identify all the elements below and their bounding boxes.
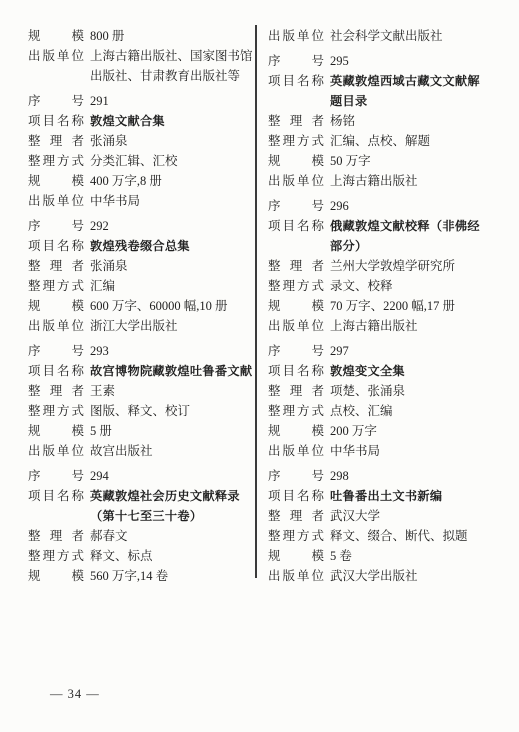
field-value-line: 上海古籍出版社 — [330, 171, 418, 191]
entry-block: 规 模800 册出版单位上海古籍出版社、国家图书馆出版社、甘肃教育出版社等 — [28, 26, 252, 86]
field-value: 录文、校释 — [330, 276, 393, 296]
field-value-line: 张涌泉 — [90, 256, 128, 276]
field-row: 出版单位上海古籍出版社、国家图书馆出版社、甘肃教育出版社等 — [28, 46, 252, 86]
field-label: 序 号 — [28, 216, 84, 236]
field-label: 整理方式 — [28, 546, 84, 566]
field-row: 出版单位上海古籍出版社 — [268, 171, 504, 191]
field-label: 规 模 — [268, 421, 324, 441]
field-row: 出版单位中华书局 — [28, 191, 252, 211]
field-row: 序 号292 — [28, 216, 252, 236]
field-label: 规 模 — [28, 171, 84, 191]
field-value: 王素 — [90, 381, 115, 401]
field-label: 项目名称 — [28, 361, 84, 381]
field-value-line: 吐鲁番出土文书新编 — [330, 486, 442, 506]
field-label: 规 模 — [268, 296, 324, 316]
field-row: 出版单位社会科学文献出版社 — [268, 26, 504, 46]
field-value-line: （第十七至三十卷） — [90, 506, 240, 526]
field-value-line: 800 册 — [90, 26, 124, 46]
field-row: 规 模200 万字 — [268, 421, 504, 441]
field-row: 整 理 者武汉大学 — [268, 506, 504, 526]
field-label: 规 模 — [268, 546, 324, 566]
field-value-line: 5 卷 — [330, 546, 352, 566]
field-label: 整理方式 — [28, 151, 84, 171]
field-value: 俄藏敦煌文献校释（非佛经部分） — [330, 216, 480, 256]
field-label: 序 号 — [28, 341, 84, 361]
field-value: 浙江大学出版社 — [90, 316, 178, 336]
field-label: 规 模 — [268, 151, 324, 171]
field-value: 5 册 — [90, 421, 112, 441]
left-column: 规 模800 册出版单位上海古籍出版社、国家图书馆出版社、甘肃教育出版社等序 号… — [28, 26, 252, 591]
field-value: 释文、标点 — [90, 546, 153, 566]
field-label: 项目名称 — [268, 216, 324, 236]
field-value: 600 万字、60000 幅,10 册 — [90, 296, 228, 316]
field-value-line: 武汉大学出版社 — [330, 566, 418, 586]
field-row: 整 理 者张涌泉 — [28, 256, 252, 276]
field-row: 项目名称敦煌变文全集 — [268, 361, 504, 381]
field-value: 张涌泉 — [90, 256, 128, 276]
field-label: 序 号 — [268, 341, 324, 361]
field-value-line: 英藏敦煌西域古藏文文献解 — [330, 71, 480, 91]
field-value: 郝春文 — [90, 526, 128, 546]
field-label: 出版单位 — [268, 441, 324, 461]
field-label: 项目名称 — [268, 71, 324, 91]
field-row: 整理方式分类汇辑、汇校 — [28, 151, 252, 171]
field-value-line: 上海古籍出版社 — [330, 316, 418, 336]
field-row: 整理方式录文、校释 — [268, 276, 504, 296]
field-value-line: 汇编 — [90, 276, 115, 296]
field-row: 整理方式释文、标点 — [28, 546, 252, 566]
field-row: 项目名称英藏敦煌西域古藏文文献解题目录 — [268, 71, 504, 111]
field-row: 整理方式汇编 — [28, 276, 252, 296]
field-label: 出版单位 — [28, 46, 84, 66]
field-label: 整理方式 — [28, 401, 84, 421]
field-value: 英藏敦煌西域古藏文文献解题目录 — [330, 71, 480, 111]
field-value-line: 汇编、点校、解题 — [330, 131, 430, 151]
field-value-line: 杨铭 — [330, 111, 355, 131]
field-value: 武汉大学出版社 — [330, 566, 418, 586]
field-row: 项目名称吐鲁番出土文书新编 — [268, 486, 504, 506]
field-label: 序 号 — [28, 91, 84, 111]
entry-block: 序 号298项目名称吐鲁番出土文书新编整 理 者武汉大学整理方式释文、缀合、断代… — [268, 466, 504, 586]
field-value-line: 上海古籍出版社、国家图书馆 — [90, 46, 252, 66]
field-row: 出版单位故宫出版社 — [28, 441, 252, 461]
field-value: 70 万字、2200 幅,17 册 — [330, 296, 455, 316]
field-value-line: 出版社、甘肃教育出版社等 — [90, 66, 252, 86]
field-value-line: 292 — [90, 216, 109, 236]
field-row: 出版单位浙江大学出版社 — [28, 316, 252, 336]
field-value-line: 浙江大学出版社 — [90, 316, 178, 336]
field-value: 上海古籍出版社 — [330, 316, 418, 336]
field-value-line: 社会科学文献出版社 — [330, 26, 443, 46]
page-number: — 34 — — [50, 684, 100, 704]
column-divider-rule — [255, 25, 257, 578]
field-label: 项目名称 — [28, 236, 84, 256]
field-label: 出版单位 — [268, 171, 324, 191]
field-row: 出版单位武汉大学出版社 — [268, 566, 504, 586]
field-value-line: 50 万字 — [330, 151, 371, 171]
field-value: 社会科学文献出版社 — [330, 26, 443, 46]
field-value: 291 — [90, 91, 109, 111]
field-value: 中华书局 — [330, 441, 380, 461]
field-value-line: 故宫出版社 — [90, 441, 153, 461]
field-value-line: 5 册 — [90, 421, 112, 441]
field-value-line: 敦煌变文全集 — [330, 361, 405, 381]
field-value: 800 册 — [90, 26, 124, 46]
field-row: 规 模70 万字、2200 幅,17 册 — [268, 296, 504, 316]
field-row: 序 号298 — [268, 466, 504, 486]
field-value: 武汉大学 — [330, 506, 380, 526]
field-label: 规 模 — [28, 566, 84, 586]
field-value-line: 点校、汇编 — [330, 401, 393, 421]
field-row: 整 理 者郝春文 — [28, 526, 252, 546]
field-label: 整 理 者 — [268, 506, 324, 526]
field-value: 297 — [330, 341, 349, 361]
field-row: 整 理 者王素 — [28, 381, 252, 401]
field-row: 整理方式点校、汇编 — [268, 401, 504, 421]
entry-block: 序 号295项目名称英藏敦煌西域古藏文文献解题目录整 理 者杨铭整理方式汇编、点… — [268, 51, 504, 191]
field-row: 整 理 者兰州大学敦煌学研究所 — [268, 256, 504, 276]
field-value-line: 项楚、张涌泉 — [330, 381, 405, 401]
field-value-line: 题目录 — [330, 91, 480, 111]
field-row: 规 模5 卷 — [268, 546, 504, 566]
field-label: 项目名称 — [28, 111, 84, 131]
field-label: 整理方式 — [268, 526, 324, 546]
field-value: 点校、汇编 — [330, 401, 393, 421]
field-row: 整理方式图版、释文、校订 — [28, 401, 252, 421]
field-label: 规 模 — [28, 421, 84, 441]
field-label: 出版单位 — [268, 316, 324, 336]
field-value: 200 万字 — [330, 421, 377, 441]
field-value-line: 293 — [90, 341, 109, 361]
field-value-line: 分类汇辑、汇校 — [90, 151, 178, 171]
field-label: 整 理 者 — [268, 111, 324, 131]
field-row: 项目名称敦煌文献合集 — [28, 111, 252, 131]
field-row: 规 模600 万字、60000 幅,10 册 — [28, 296, 252, 316]
field-value: 295 — [330, 51, 349, 71]
field-row: 整 理 者项楚、张涌泉 — [268, 381, 504, 401]
field-value: 293 — [90, 341, 109, 361]
entry-block: 出版单位社会科学文献出版社 — [268, 26, 504, 46]
field-value-line: 兰州大学敦煌学研究所 — [330, 256, 455, 276]
entry-block: 序 号297项目名称敦煌变文全集整 理 者项楚、张涌泉整理方式点校、汇编规 模2… — [268, 341, 504, 461]
field-value-line: 郝春文 — [90, 526, 128, 546]
field-value-line: 王素 — [90, 381, 115, 401]
field-value: 400 万字,8 册 — [90, 171, 162, 191]
field-row: 序 号295 — [268, 51, 504, 71]
field-value-line: 故宫博物院藏敦煌吐鲁番文献 — [90, 361, 252, 381]
field-row: 出版单位上海古籍出版社 — [268, 316, 504, 336]
field-value-line: 70 万字、2200 幅,17 册 — [330, 296, 455, 316]
field-value: 5 卷 — [330, 546, 352, 566]
field-value-line: 200 万字 — [330, 421, 377, 441]
field-value-line: 291 — [90, 91, 109, 111]
field-value: 汇编 — [90, 276, 115, 296]
field-label: 整理方式 — [28, 276, 84, 296]
field-label: 出版单位 — [28, 191, 84, 211]
entry-block: 序 号293项目名称故宫博物院藏敦煌吐鲁番文献整 理 者王素整理方式图版、释文、… — [28, 341, 252, 461]
field-label: 整 理 者 — [268, 381, 324, 401]
field-value-line: 敦煌文献合集 — [90, 111, 165, 131]
field-value: 释文、缀合、断代、拟题 — [330, 526, 468, 546]
field-row: 序 号296 — [268, 196, 504, 216]
field-value-line: 296 — [330, 196, 349, 216]
field-label: 整理方式 — [268, 276, 324, 296]
field-label: 项目名称 — [268, 361, 324, 381]
field-value-line: 释文、标点 — [90, 546, 153, 566]
field-value-line: 中华书局 — [330, 441, 380, 461]
field-value: 杨铭 — [330, 111, 355, 131]
field-value-line: 武汉大学 — [330, 506, 380, 526]
field-label: 项目名称 — [28, 486, 84, 506]
field-value: 中华书局 — [90, 191, 140, 211]
field-value-line: 敦煌残卷缀合总集 — [90, 236, 190, 256]
field-label: 整 理 者 — [28, 381, 84, 401]
field-label: 序 号 — [268, 196, 324, 216]
field-label: 出版单位 — [268, 566, 324, 586]
field-value: 上海古籍出版社 — [330, 171, 418, 191]
field-value: 敦煌变文全集 — [330, 361, 405, 381]
field-row: 规 模50 万字 — [268, 151, 504, 171]
field-row: 整 理 者杨铭 — [268, 111, 504, 131]
field-value: 故宫出版社 — [90, 441, 153, 461]
field-value-line: 部分） — [330, 236, 480, 256]
field-label: 规 模 — [28, 26, 84, 46]
field-row: 规 模800 册 — [28, 26, 252, 46]
field-value-line: 俄藏敦煌文献校释（非佛经 — [330, 216, 480, 236]
field-row: 项目名称俄藏敦煌文献校释（非佛经部分） — [268, 216, 504, 256]
field-value: 298 — [330, 466, 349, 486]
book-page: 规 模800 册出版单位上海古籍出版社、国家图书馆出版社、甘肃教育出版社等序 号… — [0, 0, 519, 732]
field-value: 英藏敦煌社会历史文献释录（第十七至三十卷） — [90, 486, 240, 526]
field-value: 560 万字,14 卷 — [90, 566, 168, 586]
field-label: 整 理 者 — [28, 526, 84, 546]
field-row: 整理方式汇编、点校、解题 — [268, 131, 504, 151]
field-value: 上海古籍出版社、国家图书馆出版社、甘肃教育出版社等 — [90, 46, 252, 86]
field-value-line: 560 万字,14 卷 — [90, 566, 168, 586]
field-value: 张涌泉 — [90, 131, 128, 151]
field-label: 序 号 — [268, 51, 324, 71]
field-label: 出版单位 — [28, 316, 84, 336]
field-row: 序 号291 — [28, 91, 252, 111]
field-row: 序 号297 — [268, 341, 504, 361]
field-row: 项目名称英藏敦煌社会历史文献释录（第十七至三十卷） — [28, 486, 252, 526]
field-value-line: 图版、释文、校订 — [90, 401, 190, 421]
field-label: 序 号 — [28, 466, 84, 486]
field-row: 项目名称敦煌残卷缀合总集 — [28, 236, 252, 256]
entry-block: 序 号291项目名称敦煌文献合集整 理 者张涌泉整理方式分类汇辑、汇校规 模40… — [28, 91, 252, 211]
field-value-line: 英藏敦煌社会历史文献释录 — [90, 486, 240, 506]
field-row: 整理方式释文、缀合、断代、拟题 — [268, 526, 504, 546]
field-value: 292 — [90, 216, 109, 236]
field-value: 兰州大学敦煌学研究所 — [330, 256, 455, 276]
field-value: 296 — [330, 196, 349, 216]
field-value-line: 295 — [330, 51, 349, 71]
field-value: 项楚、张涌泉 — [330, 381, 405, 401]
field-value: 294 — [90, 466, 109, 486]
field-label: 规 模 — [28, 296, 84, 316]
field-row: 项目名称故宫博物院藏敦煌吐鲁番文献 — [28, 361, 252, 381]
field-label: 项目名称 — [268, 486, 324, 506]
field-row: 出版单位中华书局 — [268, 441, 504, 461]
field-value-line: 298 — [330, 466, 349, 486]
field-value-line: 中华书局 — [90, 191, 140, 211]
field-value: 吐鲁番出土文书新编 — [330, 486, 442, 506]
field-value: 50 万字 — [330, 151, 371, 171]
field-value-line: 录文、校释 — [330, 276, 393, 296]
field-row: 规 模5 册 — [28, 421, 252, 441]
field-value-line: 张涌泉 — [90, 131, 128, 151]
field-label: 整理方式 — [268, 401, 324, 421]
field-row: 规 模560 万字,14 卷 — [28, 566, 252, 586]
field-label: 整理方式 — [268, 131, 324, 151]
field-value-line: 297 — [330, 341, 349, 361]
field-value-line: 400 万字,8 册 — [90, 171, 162, 191]
field-label: 整 理 者 — [28, 131, 84, 151]
entry-block: 序 号296项目名称俄藏敦煌文献校释（非佛经部分）整 理 者兰州大学敦煌学研究所… — [268, 196, 504, 336]
field-label: 整 理 者 — [28, 256, 84, 276]
field-label: 出版单位 — [28, 441, 84, 461]
field-label: 整 理 者 — [268, 256, 324, 276]
field-value-line: 294 — [90, 466, 109, 486]
entry-block: 序 号292项目名称敦煌残卷缀合总集整 理 者张涌泉整理方式汇编规 模600 万… — [28, 216, 252, 336]
field-value: 分类汇辑、汇校 — [90, 151, 178, 171]
field-row: 规 模400 万字,8 册 — [28, 171, 252, 191]
field-value: 敦煌文献合集 — [90, 111, 165, 131]
field-value: 图版、释文、校订 — [90, 401, 190, 421]
field-label: 出版单位 — [268, 26, 324, 46]
field-value: 敦煌残卷缀合总集 — [90, 236, 190, 256]
field-value: 故宫博物院藏敦煌吐鲁番文献 — [90, 361, 252, 381]
field-value-line: 释文、缀合、断代、拟题 — [330, 526, 468, 546]
field-row: 序 号294 — [28, 466, 252, 486]
right-column: 出版单位社会科学文献出版社序 号295项目名称英藏敦煌西域古藏文文献解题目录整 … — [268, 26, 504, 591]
field-value-line: 600 万字、60000 幅,10 册 — [90, 296, 228, 316]
field-row: 整 理 者张涌泉 — [28, 131, 252, 151]
field-label: 序 号 — [268, 466, 324, 486]
field-value: 汇编、点校、解题 — [330, 131, 430, 151]
entry-block: 序 号294项目名称英藏敦煌社会历史文献释录（第十七至三十卷）整 理 者郝春文整… — [28, 466, 252, 586]
field-row: 序 号293 — [28, 341, 252, 361]
